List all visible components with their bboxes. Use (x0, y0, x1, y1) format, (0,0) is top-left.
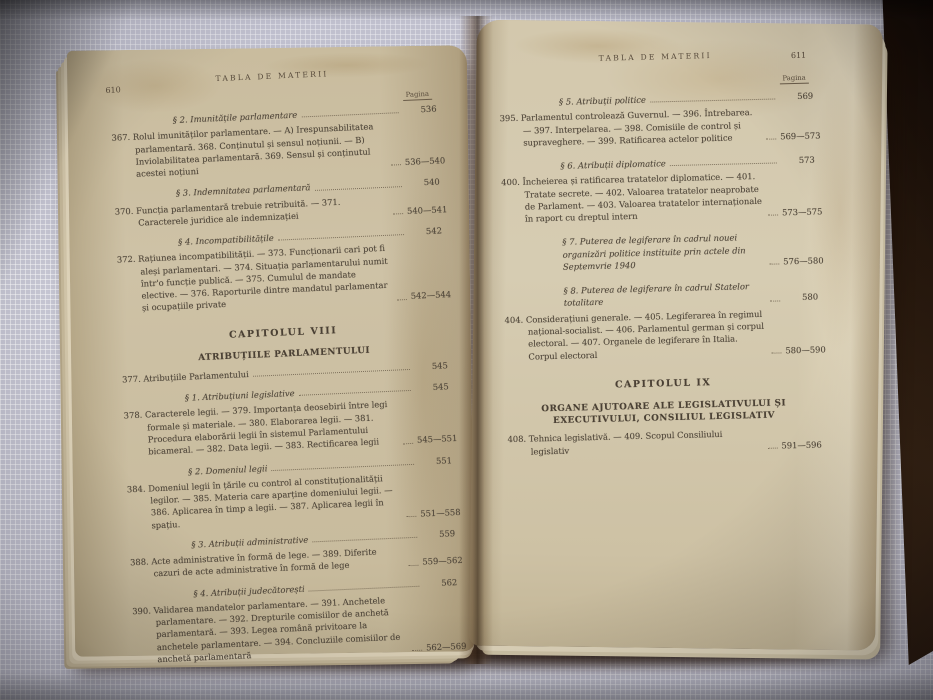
right-running-title: TABLA DE MATERII (498, 49, 812, 66)
toc-entry-page-number: 545—551 (417, 432, 452, 446)
toc-entry-text: § 8. Puterea de legiferare în cadrul Sta… (563, 280, 766, 309)
toc-entry-chapter: CAPITOLUL IX (506, 373, 820, 394)
toc-entry-text: 395. Parlamentul controlează Guvernul. —… (500, 106, 763, 149)
toc-entry-page-number: 545 (414, 380, 449, 394)
toc-entry-text: § 4. Incompatibilitățile (178, 232, 274, 248)
toc-entry-text: § 2. Domeniul legii (188, 462, 268, 478)
toc-entry-text: § 2. Imunitățile parlamentare (173, 109, 298, 127)
toc-entry-item: 390. Validarea mandatelor parlamentare. … (132, 591, 460, 666)
dot-leader (299, 390, 411, 396)
toc-entry-chapter_title: ORGANE AJUTOARE ALE LEGISLATIVULUI ȘI EX… (514, 396, 813, 428)
toc-entry-page-number: 569 (779, 90, 813, 103)
toc-entry-text: 408. Tehnica legislativă. — 409. Scopul … (507, 427, 763, 458)
toc-entry-section: § 8. Puterea de legiferare în cadrul Sta… (504, 279, 819, 311)
dot-leader (408, 564, 418, 565)
right-page-content: TABLA DE MATERII 611 Pagina § 5. Atribuț… (465, 17, 886, 653)
book-spine-shadow (459, 16, 493, 664)
dot-leader (253, 369, 410, 377)
toc-entry-section: § 7. Puterea de legiferare în cadrul nou… (503, 230, 818, 274)
toc-entry-text: 378. Caracterele legii. — 379. Importanț… (123, 398, 399, 459)
toc-entry-item: 367. Rolul imunităților parlamentare. — … (111, 118, 439, 181)
toc-entry-page-number: 573 (781, 154, 815, 167)
toc-entry-page-number: 580—590 (785, 343, 819, 356)
dot-leader (278, 234, 404, 241)
toc-entry-page-number: 573—575 (782, 206, 816, 219)
dot-leader (767, 448, 777, 449)
toc-entry-text: 372. Rațiunea incompatibilității. — 373.… (117, 242, 393, 315)
open-book: 610 TABLA DE MATERII Pagina § 2. Imunită… (55, 8, 877, 676)
toc-entry-page-number: 551—558 (420, 506, 455, 520)
toc-entry-text: 377. Atribuțiile Parlamentului (122, 368, 249, 386)
dot-leader (271, 464, 414, 471)
toc-entry-page-number: 542 (408, 225, 443, 239)
dot-leader (769, 264, 779, 265)
toc-entry-page-number: 559 (421, 527, 456, 541)
dot-leader (670, 163, 777, 167)
toc-entry-item: 395. Parlamentul controlează Guvernul. —… (500, 105, 815, 149)
toc-entry-item: 400. Încheierea și ratificarea tratatelo… (501, 169, 816, 226)
toc-entry-page-number: 562—569 (426, 640, 461, 654)
dot-leader (403, 442, 413, 443)
right-page: TABLA DE MATERII 611 Pagina § 5. Atribuț… (469, 20, 883, 651)
toc-entry-page-number: 580 (784, 291, 818, 304)
left-toc-entries: § 2. Imunitățile parlamentare536367. Rol… (111, 103, 461, 667)
dot-leader (766, 139, 776, 140)
toc-entry-text: 384. Domeniul legii în țările cu control… (127, 471, 403, 532)
left-page-content: 610 TABLA DE MATERII Pagina § 2. Imunită… (58, 40, 484, 663)
dot-leader (314, 186, 401, 191)
toc-entry-page-number: 545 (414, 359, 449, 373)
toc-entry-text: § 1. Atribuțiuni legislative (185, 387, 295, 404)
toc-entry-text: 390. Validarea mandatelor parlamentare. … (132, 593, 408, 666)
dot-leader (301, 112, 398, 117)
right-toc-entries: § 5. Atribuții politice569395. Parlament… (499, 90, 822, 459)
toc-entry-text: § 7. Puterea de legiferare în cadrul nou… (562, 231, 765, 273)
left-page: 610 TABLA DE MATERII Pagina § 2. Imunită… (67, 45, 475, 657)
toc-entry-page-number: 536—540 (405, 155, 440, 169)
photo-of-open-book: 610 TABLA DE MATERII Pagina § 2. Imunită… (0, 0, 933, 700)
toc-entry-page-number: 591—596 (781, 438, 822, 451)
toc-entry-page-number: 559—562 (422, 554, 457, 568)
toc-entry-page-number: 576—580 (783, 254, 817, 267)
dot-leader (412, 650, 422, 651)
toc-entry-page-number: 569—573 (780, 129, 814, 142)
toc-entry-item: 378. Caracterele legii. — 379. Importanț… (123, 396, 451, 459)
toc-entry-page-number: 542—544 (410, 289, 445, 303)
toc-entry-text: 404. Considerațiuni generale. — 405. Leg… (504, 308, 767, 363)
right-page-number: 611 (791, 51, 806, 60)
toc-entry-text: § 3. Atribuții administrative (191, 533, 308, 550)
toc-entry-item: 408. Tehnica legislativă. — 409. Scopul … (507, 426, 822, 458)
toc-entry-text: § 6. Atribuții diplomatice (560, 157, 666, 172)
left-column-header-pagina: Pagina (403, 90, 433, 101)
dot-leader (391, 164, 401, 165)
dot-leader (312, 537, 417, 543)
toc-entry-page-number: 540 (406, 176, 441, 190)
toc-entry-text: 400. Încheierea și ratificarea tratatelo… (501, 170, 764, 225)
dot-leader (768, 215, 778, 216)
toc-entry-item: 384. Domeniul legii în țările cu control… (127, 469, 455, 532)
dot-leader (771, 352, 781, 353)
dot-leader (406, 516, 416, 517)
toc-entry-page-number: 562 (423, 576, 458, 590)
toc-entry-text: 367. Rolul imunităților parlamentare. — … (111, 120, 387, 181)
dot-leader (650, 99, 775, 103)
dot-leader (770, 300, 780, 301)
right-column-header-pagina: Pagina (779, 74, 809, 85)
dot-leader (309, 586, 420, 592)
toc-entry-page-number: 540—541 (407, 203, 442, 217)
dot-leader (393, 213, 403, 214)
toc-entry-page-number: 536 (402, 103, 437, 117)
dot-leader (397, 299, 407, 300)
toc-entry-text: § 4. Atribuții judecătorești (193, 582, 305, 599)
toc-entry-page-number: 551 (418, 454, 453, 468)
toc-entry-text: § 5. Atribuții politice (559, 94, 646, 108)
toc-entry-chapter: CAPITOLUL VIII (120, 319, 446, 347)
toc-entry-item: 404. Considerațiuni generale. — 405. Leg… (504, 306, 819, 363)
toc-entry-item: 372. Rațiunea incompatibilității. — 373.… (117, 240, 445, 315)
